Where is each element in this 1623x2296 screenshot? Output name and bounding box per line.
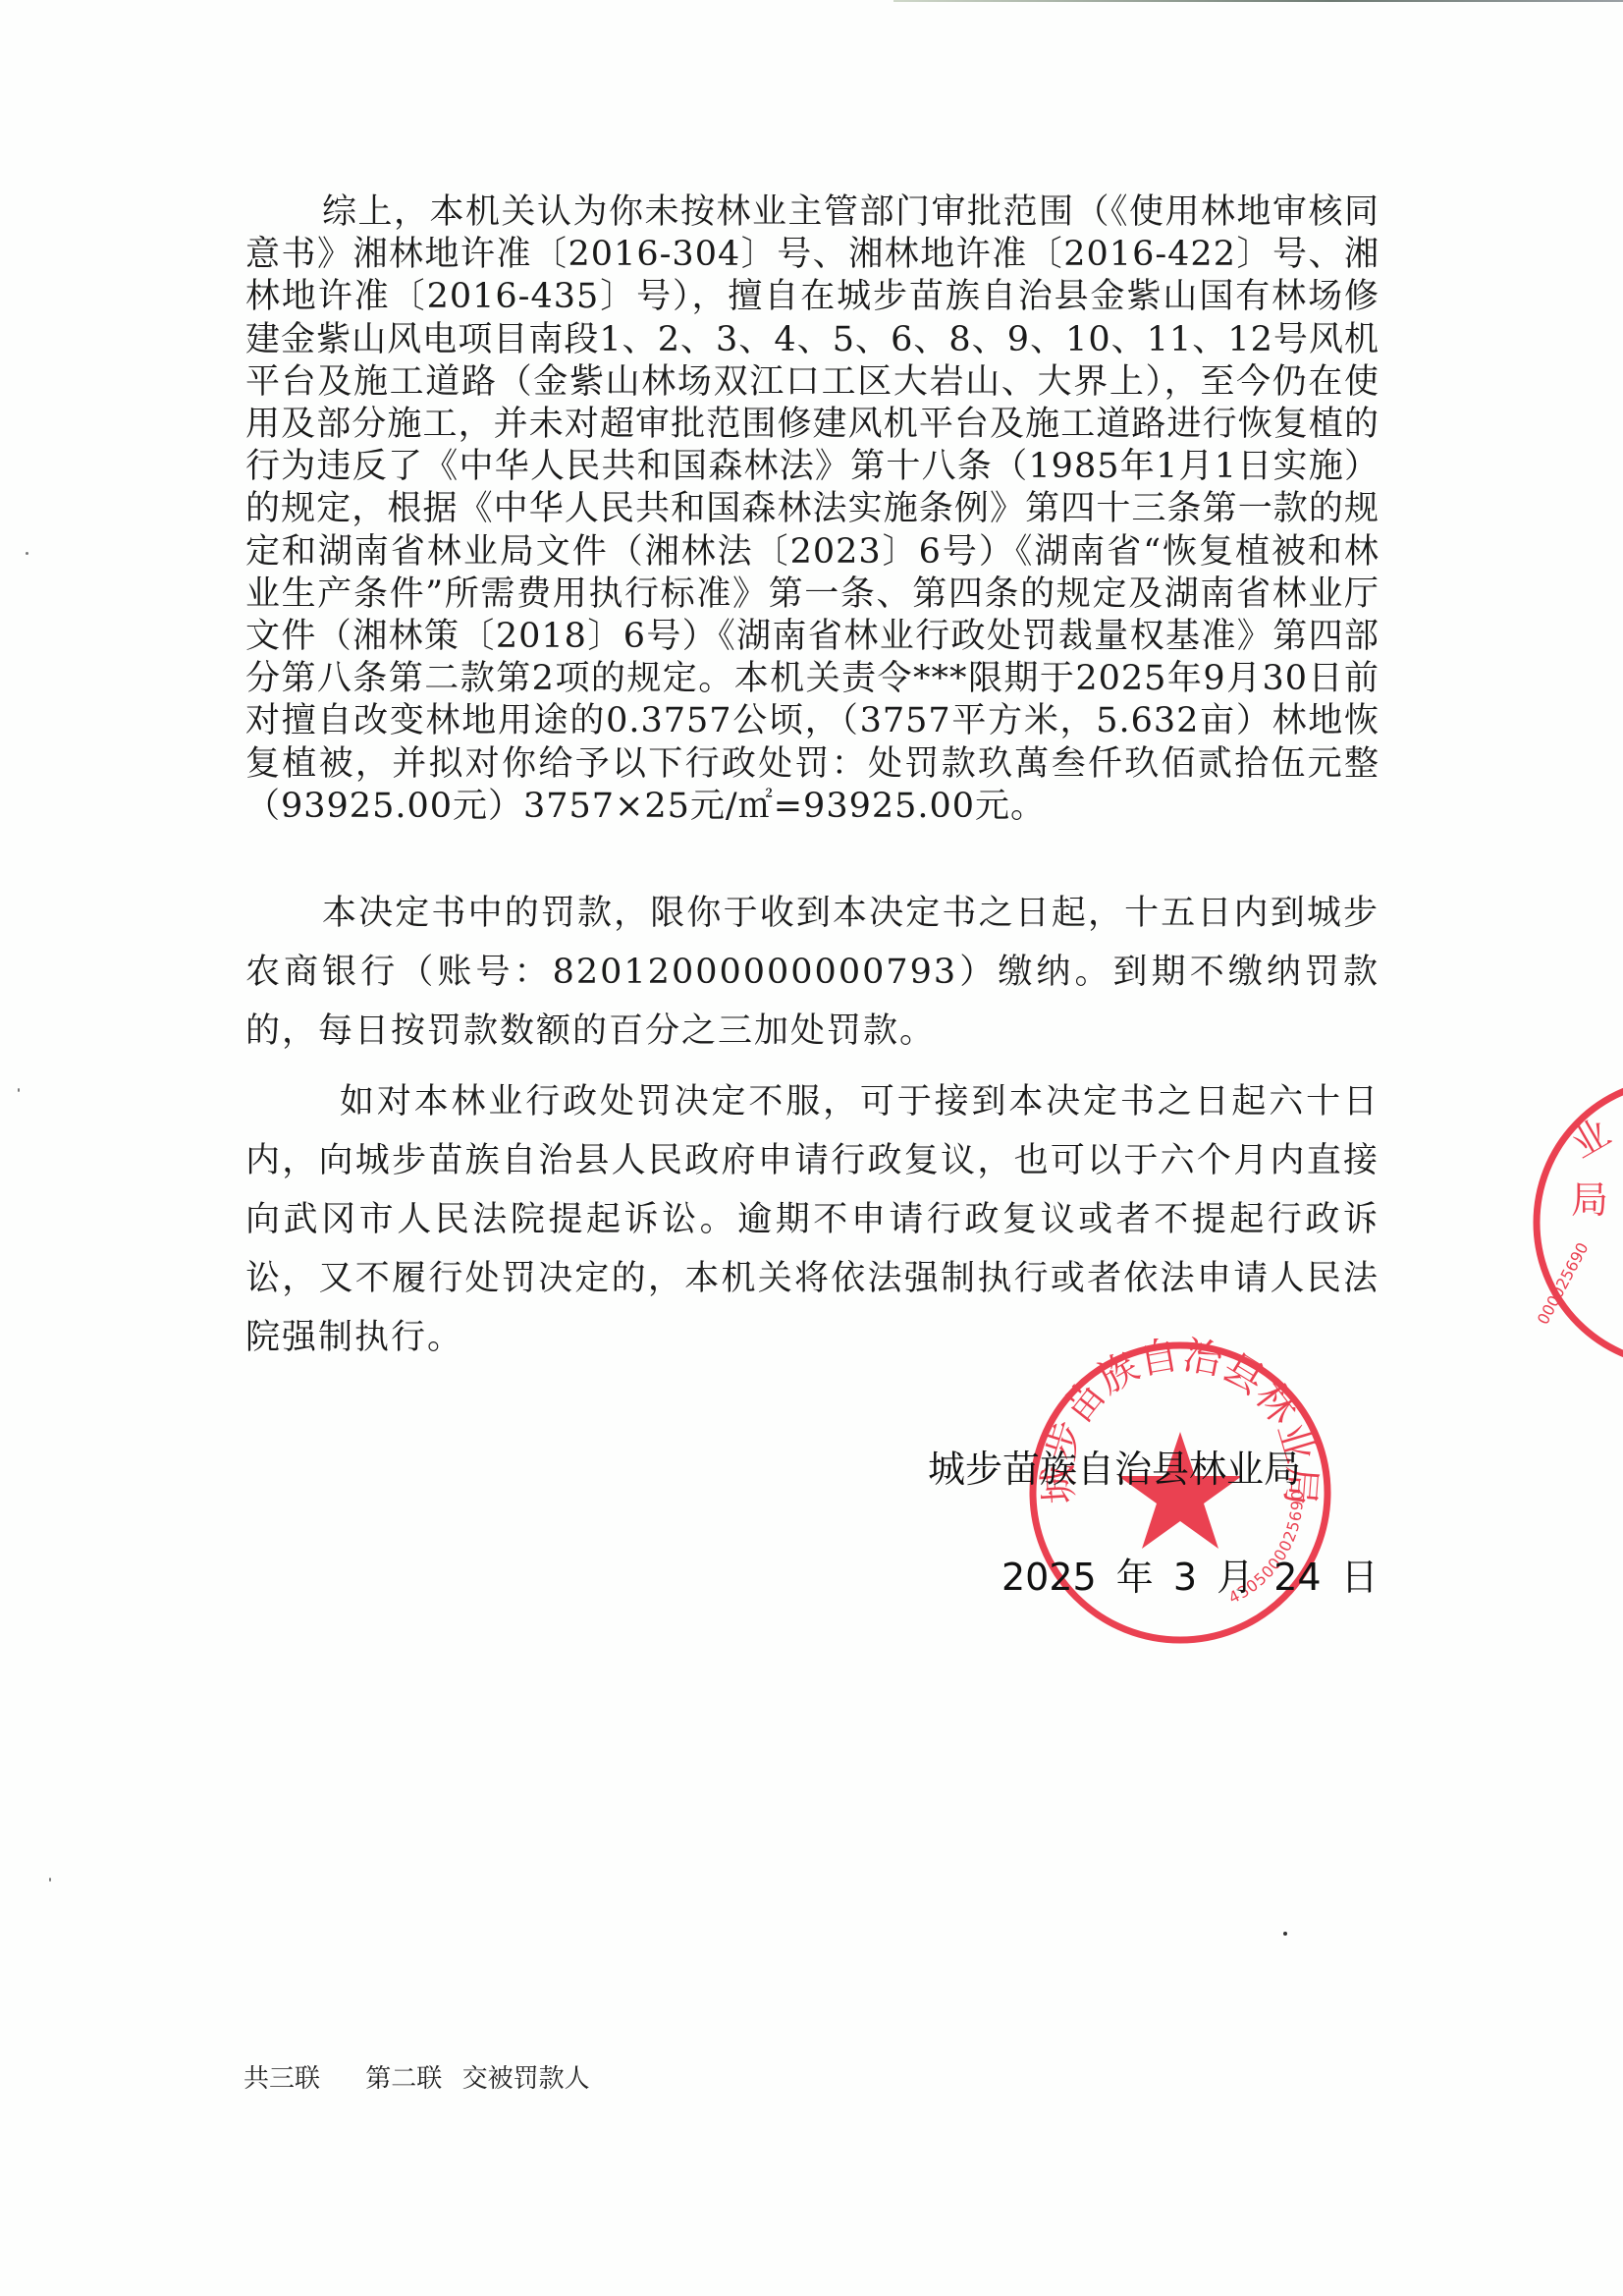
paragraph-conclusion: 综上，本机关认为你未按林业主管部门审批范围（《使用林地审核同意书》湘林地许准〔2… [245,191,1380,828]
partial-seal-icon: 业 局 000025690 [1527,1075,1623,1370]
signature-date: 2025 年 3 月 24 日 [1001,1547,1379,1601]
copy-footer: 共三联 第二联 交被罚款人 [243,2058,627,2095]
paragraph-appeal: 如对本林业行政处罚决定不服，可于接到本决定书之日起六十日内，向城步苗族自治县人民… [245,1072,1380,1367]
scan-speck [49,1878,51,1882]
scan-speck [18,1088,20,1092]
paragraph-payment: 本决定书中的罚款，限你于收到本决定书之日起，十五日内到城步农商银行（账号：820… [245,884,1380,1061]
footer-copies: 共三联 [243,2064,320,2094]
official-seal-icon: 城步苗族自治县林业局 4305000025690 [1026,1339,1335,1648]
signature-organization: 城步苗族自治县林业局 [928,1439,1301,1493]
scan-speck [1283,1932,1287,1936]
scan-edge-artifact [893,0,1623,2]
svg-text:业: 业 [1564,1111,1618,1167]
footer-copy-number: 第二联 [365,2064,442,2094]
document-page: 综上，本机关认为你未按林业主管部门审批范围（《使用林地审核同意书》湘林地许准〔2… [0,0,1623,2296]
svg-text:局: 局 [1571,1178,1608,1222]
scan-speck [26,552,28,555]
footer-recipient: 交被罚款人 [462,2064,590,2094]
